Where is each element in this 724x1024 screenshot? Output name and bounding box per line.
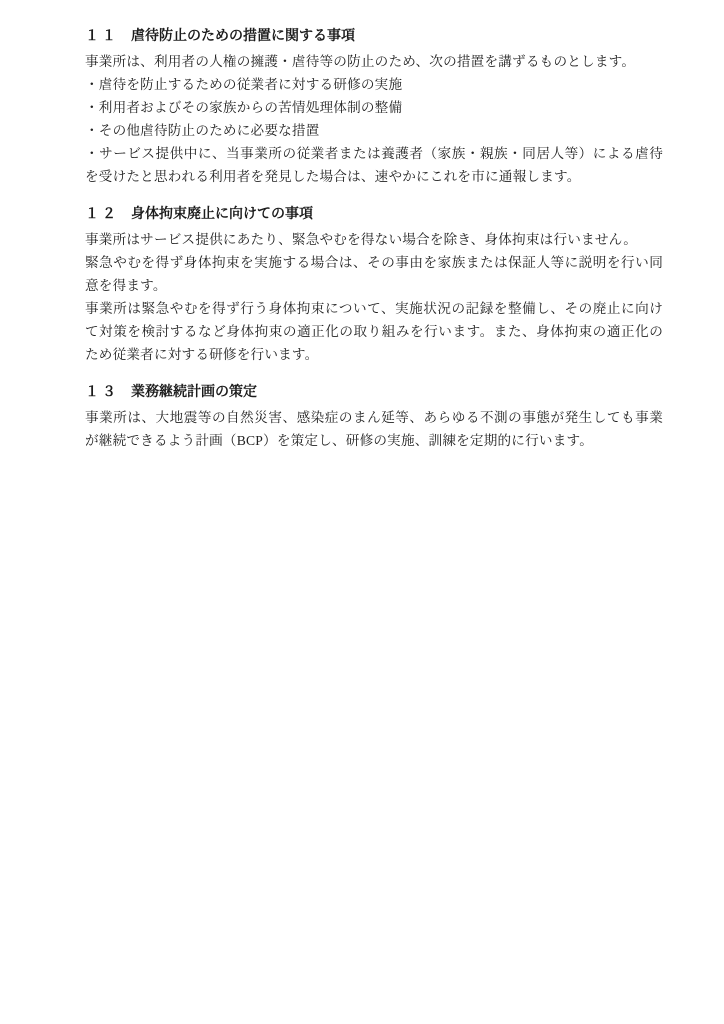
body-paragraph: 緊急やむを得ず身体拘束を実施する場合は、その事由を家族または保証人等に説明を行い… xyxy=(85,251,663,297)
section-business-continuity-plan: １３業務継続計画の策定 事業所は、大地震等の自然災害、感染症のまん延等、あらゆる… xyxy=(85,381,663,452)
section-heading: １２身体拘束廃止に向けての事項 xyxy=(85,203,663,226)
section-abuse-prevention: １１虐待防止のための措置に関する事項 事業所は、利用者の人権の擁護・虐待等の防止… xyxy=(85,25,663,188)
bullet-item: ・利用者およびその家族からの苦情処理体制の整備 xyxy=(85,96,663,119)
section-physical-restraint: １２身体拘束廃止に向けての事項 事業所はサービス提供にあたり、緊急やむを得ない場… xyxy=(85,203,663,366)
section-title: 身体拘束廃止に向けての事項 xyxy=(131,207,313,222)
section-heading: １１虐待防止のための措置に関する事項 xyxy=(85,25,663,48)
body-paragraph: 事業所は緊急やむを得ず行う身体拘束について、実施状況の記録を整備し、その廃止に向… xyxy=(85,297,663,366)
body-paragraph: 事業所は、大地震等の自然災害、感染症のまん延等、あらゆる不測の事態が発生しても事… xyxy=(85,406,663,452)
section-number: １２ xyxy=(85,207,119,222)
body-paragraph: 事業所はサービス提供にあたり、緊急やむを得ない場合を除き、身体拘束は行いません。 xyxy=(85,228,663,251)
bullet-item: ・サービス提供中に、当事業所の従業者または養護者（家族・親族・同居人等）による虐… xyxy=(85,142,663,188)
bullet-item: ・虐待を防止するための従業者に対する研修の実施 xyxy=(85,73,663,96)
bullet-item: ・その他虐待防止のために必要な措置 xyxy=(85,119,663,142)
section-number: １１ xyxy=(85,29,119,44)
section-heading: １３業務継続計画の策定 xyxy=(85,381,663,404)
section-title: 虐待防止のための措置に関する事項 xyxy=(131,29,355,44)
section-intro-paragraph: 事業所は、利用者の人権の擁護・虐待等の防止のため、次の措置を講ずるものとします。 xyxy=(85,50,663,73)
section-number: １３ xyxy=(85,385,119,400)
section-title: 業務継続計画の策定 xyxy=(131,385,257,400)
document-page: １１虐待防止のための措置に関する事項 事業所は、利用者の人権の擁護・虐待等の防止… xyxy=(0,0,724,1024)
document-content: １１虐待防止のための措置に関する事項 事業所は、利用者の人権の擁護・虐待等の防止… xyxy=(85,25,663,467)
